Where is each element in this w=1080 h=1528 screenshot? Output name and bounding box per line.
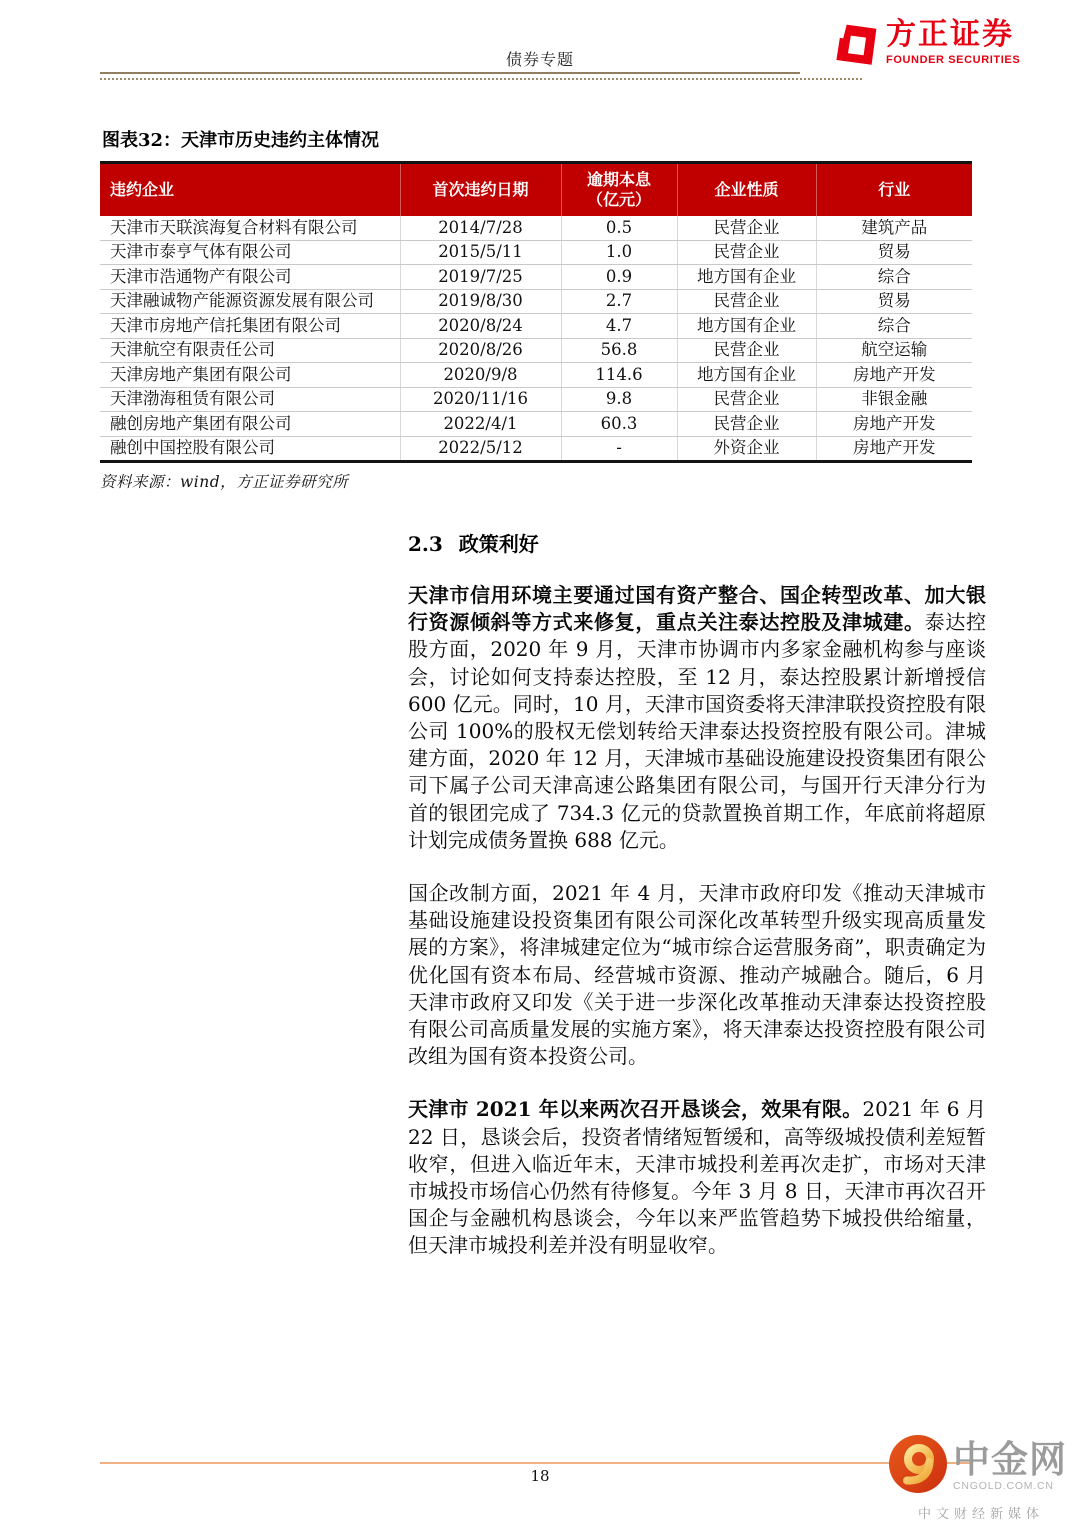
cell-industry: 综合 [816,314,972,339]
watermark-tagline: 中文财经新媒体 [888,1503,1074,1522]
brand-name-en: FOUNDER SECURITIES [886,55,1020,66]
header-rule-solid [100,72,800,74]
table-row: 天津航空有限责任公司2020/8/2656.8民营企业航空运输 [100,338,972,363]
paragraph-1-text: 泰达控股方面，2020 年 9 月，天津市协调市内多家金融机构参与座谈会，讨论如… [408,610,986,852]
table-row: 天津渤海租赁有限公司2020/11/169.8民营企业非银金融 [100,387,972,412]
cell-enterprise-nature: 外资企业 [677,436,816,462]
cell-company: 天津渤海租赁有限公司 [100,387,400,412]
cell-industry: 房地产开发 [816,363,972,388]
section-2-3: 2.3政策利好 天津市信用环境主要通过国有资产整合、国企转型改革、加大银行资源倾… [408,528,986,1286]
cell-industry: 房地产开发 [816,436,972,462]
table-header-row: 违约企业 首次违约日期 逾期本息 （亿元） 企业性质 行业 [100,163,972,217]
cell-enterprise-nature: 民营企业 [677,387,816,412]
cell-first-default-date: 2022/5/12 [400,436,561,462]
cell-first-default-date: 2020/9/8 [400,363,561,388]
cell-industry: 非银金融 [816,387,972,412]
cell-overdue-amount: 4.7 [561,314,677,339]
cell-company: 融创房地产集团有限公司 [100,412,400,437]
col-header-first-default-date: 首次违约日期 [400,163,561,217]
cell-overdue-amount: 114.6 [561,363,677,388]
cell-first-default-date: 2015/5/11 [400,240,561,265]
cell-company: 天津融诚物产能源资源发展有限公司 [100,289,400,314]
paragraph-3: 天津市 2021 年以来两次召开恳谈会，效果有限。2021 年 6 月 22 日… [408,1096,986,1259]
paragraph-1: 天津市信用环境主要通过国有资产整合、国企转型改革、加大银行资源倾斜等方式来修复，… [408,582,986,854]
table-row: 天津房地产集团有限公司2020/9/8114.6地方国有企业房地产开发 [100,363,972,388]
cell-first-default-date: 2019/7/25 [400,265,561,290]
founder-logo-icon [830,20,878,72]
col-header-company: 违约企业 [100,163,400,217]
figure-title: 图表32：天津市历史违约主体情况 [102,126,972,152]
figure-32: 图表32：天津市历史违约主体情况 违约企业 首次违约日期 逾期本息 （亿元） 企… [100,126,972,492]
cell-industry: 综合 [816,265,972,290]
header-rule-dotted [100,78,862,80]
table-row: 天津市浩通物产有限公司2019/7/250.9地方国有企业综合 [100,265,972,290]
cell-overdue-amount: 56.8 [561,338,677,363]
cell-industry: 贸易 [816,240,972,265]
cell-first-default-date: 2014/7/28 [400,216,561,240]
cell-industry: 房地产开发 [816,412,972,437]
cell-overdue-amount: 0.9 [561,265,677,290]
table-row: 天津市泰亨气体有限公司2015/5/111.0民营企业贸易 [100,240,972,265]
cell-enterprise-nature: 民营企业 [677,240,816,265]
cell-enterprise-nature: 民营企业 [677,412,816,437]
cell-industry: 建筑产品 [816,216,972,240]
cngold-watermark: 中金网 CNGOLD.COM.CN 中文财经新媒体 [888,1434,1074,1522]
cell-overdue-amount: 1.0 [561,240,677,265]
cell-company: 融创中国控股有限公司 [100,436,400,462]
table-body: 天津市天联滨海复合材料有限公司2014/7/280.5民营企业建筑产品天津市泰亨… [100,216,972,462]
cell-enterprise-nature: 民营企业 [677,289,816,314]
cell-company: 天津航空有限责任公司 [100,338,400,363]
cell-overdue-amount: 0.5 [561,216,677,240]
default-entities-table: 违约企业 首次违约日期 逾期本息 （亿元） 企业性质 行业 天津市天联滨海复合材… [100,161,972,463]
cell-company: 天津市房地产信托集团有限公司 [100,314,400,339]
paragraph-1-bold: 天津市信用环境主要通过国有资产整合、国企转型改革、加大银行资源倾斜等方式来修复，… [408,583,986,634]
cell-company: 天津房地产集团有限公司 [100,363,400,388]
cngold-logo-icon [888,1434,948,1499]
watermark-name: 中金网 [953,1441,1067,1478]
founder-securities-logo: 方正证券 FOUNDER SECURITIES [830,20,1020,72]
paragraph-2: 国企改制方面，2021 年 4 月，天津市政府印发《推动天津城市基础设施建设投资… [408,880,986,1070]
section-number: 2.3 [408,532,443,556]
table-row: 天津融诚物产能源资源发展有限公司2019/8/302.7民营企业贸易 [100,289,972,314]
paragraph-3-text: 2021 年 6 月 22 日，恳谈会后，投资者情绪短暂缓和，高等级城投债利差短… [408,1097,986,1257]
figure-source-note: 资料来源：wind，方正证券研究所 [100,470,972,492]
cell-overdue-amount: - [561,436,677,462]
col-header-enterprise-nature: 企业性质 [677,163,816,217]
cell-overdue-amount: 2.7 [561,289,677,314]
table-row: 天津市房地产信托集团有限公司2020/8/244.7地方国有企业综合 [100,314,972,339]
cell-overdue-amount: 60.3 [561,412,677,437]
cell-industry: 航空运输 [816,338,972,363]
table-row: 融创房地产集团有限公司2022/4/160.3民营企业房地产开发 [100,412,972,437]
table-row: 天津市天联滨海复合材料有限公司2014/7/280.5民营企业建筑产品 [100,216,972,240]
watermark-domain: CNGOLD.COM.CN [953,1480,1054,1492]
section-heading: 2.3政策利好 [408,528,986,557]
brand-name-cn: 方正证券 [886,20,1020,50]
cell-first-default-date: 2020/8/26 [400,338,561,363]
cell-first-default-date: 2020/11/16 [400,387,561,412]
cell-overdue-amount: 9.8 [561,387,677,412]
cell-enterprise-nature: 民营企业 [677,338,816,363]
cell-enterprise-nature: 地方国有企业 [677,265,816,290]
cell-company: 天津市泰亨气体有限公司 [100,240,400,265]
table-row: 融创中国控股有限公司2022/5/12-外资企业房地产开发 [100,436,972,462]
cell-enterprise-nature: 地方国有企业 [677,314,816,339]
cell-enterprise-nature: 地方国有企业 [677,363,816,388]
cell-first-default-date: 2019/8/30 [400,289,561,314]
col-header-industry: 行业 [816,163,972,217]
cell-enterprise-nature: 民营企业 [677,216,816,240]
cell-industry: 贸易 [816,289,972,314]
cell-first-default-date: 2020/8/24 [400,314,561,339]
cell-company: 天津市浩通物产有限公司 [100,265,400,290]
section-title: 政策利好 [459,532,539,556]
paragraph-3-bold: 天津市 2021 年以来两次召开恳谈会，效果有限。 [408,1097,862,1121]
col-header-overdue-amount: 逾期本息 （亿元） [561,163,677,217]
cell-company: 天津市天联滨海复合材料有限公司 [100,216,400,240]
cell-first-default-date: 2022/4/1 [400,412,561,437]
footer-rule [100,1462,972,1464]
paragraph-2-text: 国企改制方面，2021 年 4 月，天津市政府印发《推动天津城市基础设施建设投资… [408,881,986,1068]
